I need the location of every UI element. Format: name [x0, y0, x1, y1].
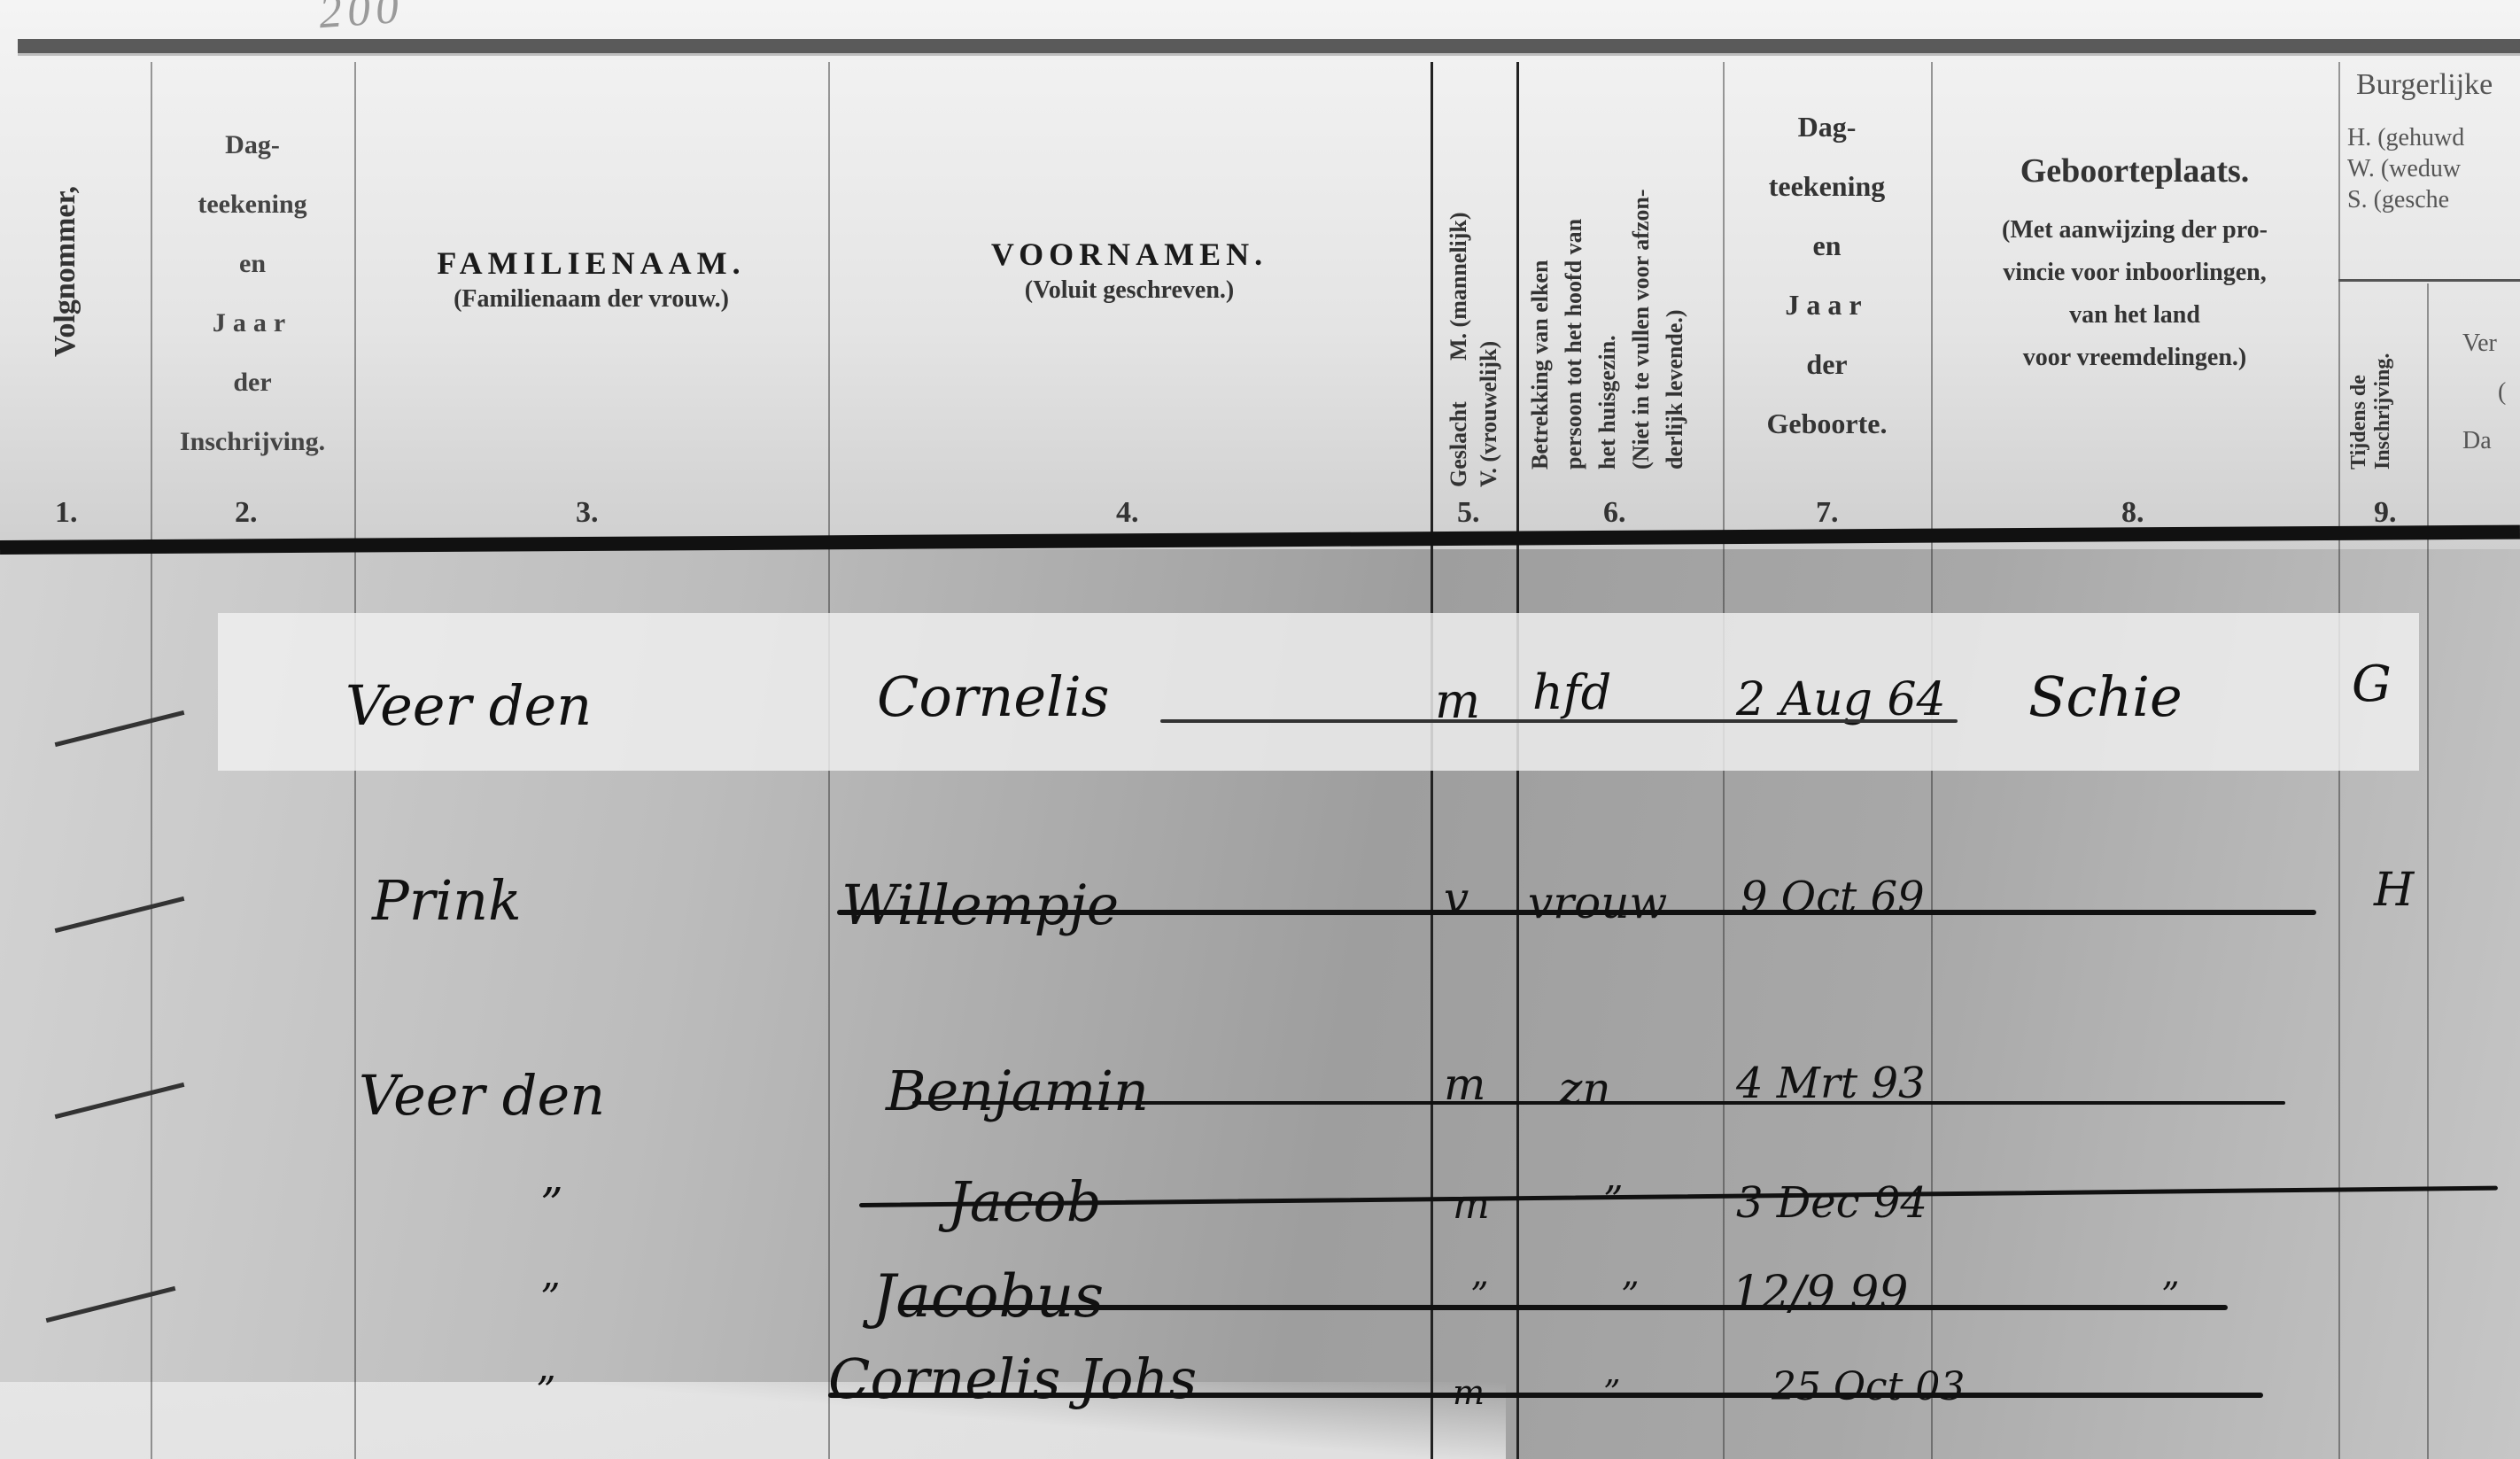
strikethrough-line: [912, 1101, 2285, 1105]
header-geboorteplaats: Geboorteplaats. (Met aanwijzing der pro-…: [1931, 151, 2338, 379]
burgerlijke-staat-cell: H: [2374, 864, 2414, 917]
geboorte-cell: 25 Oct 03: [1772, 1364, 1965, 1409]
geboorte-cell: 12/9 99: [1732, 1267, 1908, 1320]
betrekking-cell: zn: [1559, 1063, 1611, 1114]
betrekking-cell: vrouw: [1528, 877, 1667, 928]
header-col10-fragment: Ver ( Da: [2462, 319, 2506, 465]
betrekking-cell: ”: [1603, 1178, 1624, 1223]
voornamen-cell: Cornelis: [877, 664, 1110, 729]
geslacht-cell: ”: [1470, 1276, 1488, 1316]
strikethrough-line: [1160, 719, 1958, 723]
familienaam-cell: ”: [536, 1369, 556, 1414]
header-burgerlijke-staat: Burgerlijke H. (gehuwd W. (weduw S. (ges…: [2347, 66, 2520, 215]
geboorte-cell: 3 Dec 94: [1736, 1178, 1927, 1228]
header-familienaam: FAMILIENAAM. (Familienaam der vrouw.): [354, 244, 828, 314]
voornamen-cell: Jacobus: [872, 1262, 1104, 1331]
strikethrough-line: [899, 1305, 2228, 1310]
row-tick-mark: [55, 896, 185, 933]
geboorte-cell: 2 Aug 64: [1736, 673, 1946, 726]
column-number-4: 4.: [1116, 496, 1139, 530]
column-number-9: 9.: [2374, 496, 2397, 530]
geslacht-cell: m: [1453, 1183, 1490, 1228]
familienaam-cell: Veer den: [359, 1063, 605, 1128]
geboorteplaats-cell: ”: [2161, 1276, 2179, 1316]
geslacht-cell: v: [1444, 873, 1469, 924]
voornamen-cell: Benjamin: [886, 1059, 1149, 1123]
column-number-2: 2.: [235, 496, 258, 530]
row-tick-mark: [55, 710, 185, 747]
burgerlijke-staat-cell: G: [2352, 656, 2392, 713]
column-number-3: 3.: [576, 496, 599, 530]
column-divider: [2427, 283, 2429, 1459]
header-dagteekening-geboorte: Dag- teekening en Jaar der Geboorte.: [1723, 97, 1931, 454]
column-number-8: 8.: [2121, 496, 2144, 530]
header-dagteekening-inschrijving: Dag- teekening en Jaar der Inschrijving.: [151, 115, 354, 471]
sub-header-rule: [2338, 279, 2520, 282]
header-voornamen: VOORNAMEN. (Voluit geschreven.): [828, 235, 1431, 306]
row-tick-mark: [46, 1286, 176, 1323]
pencil-page-note: 200: [317, 0, 406, 39]
header-tijdens-inschrijving: Tijdens de Inschrijving.: [2347, 292, 2418, 470]
header-betrekking: Betrekking van elken persoon tot het hoo…: [1524, 62, 1692, 470]
header-geslacht: Geslacht M. (mannelijk) V. (vrouwelijk): [1444, 168, 1504, 487]
column-number-1: 1.: [55, 496, 78, 530]
voornamen-cell: Willempje: [841, 873, 1119, 937]
familienaam-cell: Veer den: [345, 673, 592, 738]
betrekking-cell: ”: [1621, 1276, 1639, 1316]
betrekking-cell: hfd: [1532, 664, 1611, 720]
geboorteplaats-cell: Schie: [2028, 664, 2183, 729]
row-tick-mark: [55, 1083, 185, 1119]
familienaam-cell: ”: [540, 1178, 563, 1230]
top-rule: [18, 39, 2520, 56]
strikethrough-line: [837, 910, 2316, 915]
column-number-6: 6.: [1603, 496, 1626, 530]
column-number-7: 7.: [1816, 496, 1839, 530]
familienaam-cell: ”: [540, 1276, 561, 1321]
strikethrough-line: [828, 1393, 2263, 1398]
familienaam-cell: Prink: [372, 868, 522, 933]
column-number-5: 5.: [1457, 496, 1480, 530]
strikethrough-line: [859, 1186, 2498, 1207]
voornamen-cell: Cornelis Johs: [828, 1346, 1197, 1411]
header-volgnommer: Volgnommer,: [49, 186, 82, 357]
